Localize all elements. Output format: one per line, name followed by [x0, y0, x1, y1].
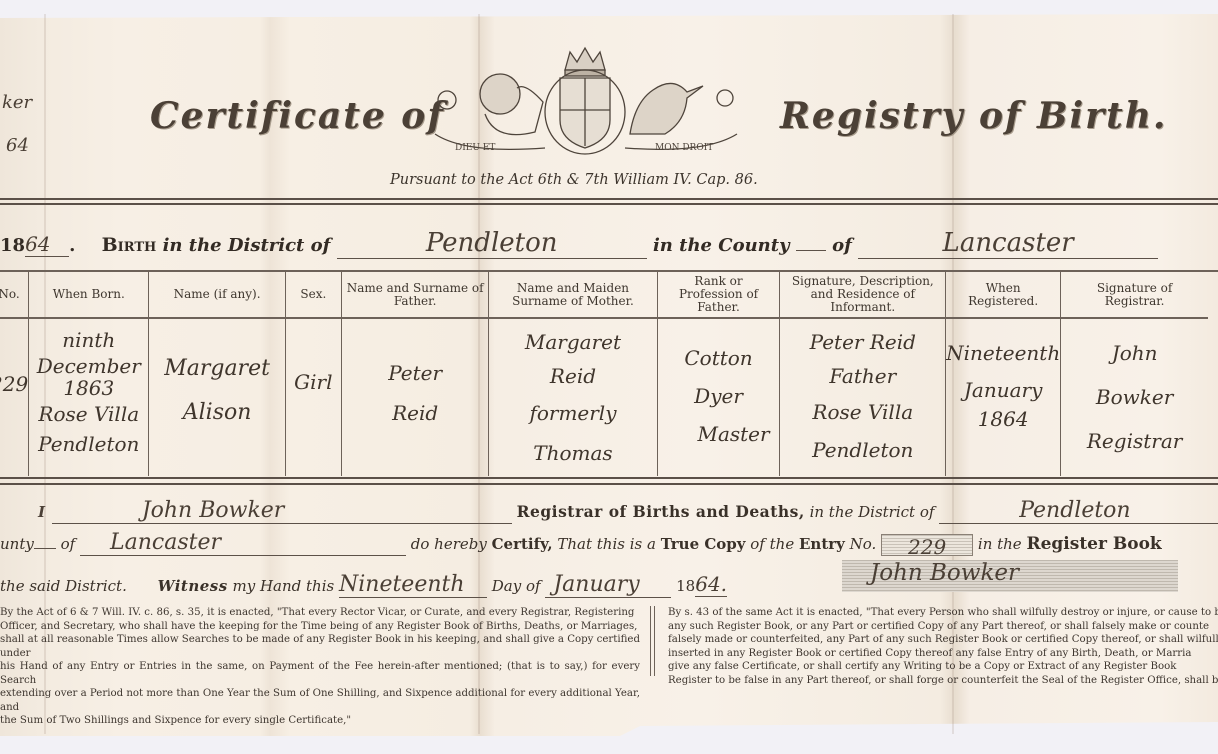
said-district: the said District. [0, 577, 127, 595]
table-header-row: No. When Born. Name (if any). Sex. Name … [0, 272, 1208, 318]
cell-when-born: Rose Villa [29, 399, 148, 429]
legal-text-section-35: By the Act of 6 & 7 Will. IV. c. 86, s. … [0, 606, 640, 728]
cell-profession: Cotton [658, 339, 780, 377]
cell-mother: formerly [489, 393, 656, 433]
year-prefix: 18 [0, 235, 25, 256]
cell-father: Peter [342, 353, 489, 393]
county-of: of [832, 235, 852, 256]
legal-line: By s. 43 of the same Act it is enacted, … [668, 606, 1218, 620]
cell-when-registered: Nineteenth [946, 331, 1060, 375]
cell-informant: Father [780, 359, 945, 393]
cell-when-born: December [29, 355, 148, 377]
cell-profession: Master [658, 415, 780, 453]
col-profession: Rank or Profession of Father. [657, 272, 780, 318]
county-value: Lancaster [80, 530, 406, 556]
cell-informant: Pendleton [780, 431, 945, 469]
cell-informant: Rose Villa [780, 393, 945, 431]
cell-when-born: ninth [29, 325, 148, 355]
month-value: January [545, 572, 671, 598]
certify-text: do hereby [411, 535, 487, 553]
district-value: Pendleton [337, 228, 647, 259]
pursuant-act-line: Pursuant to the Act 6th & 7th William IV… [390, 172, 758, 188]
cell-registrar: Bowker [1061, 375, 1208, 419]
legal-line: inserted in any Register Book or certifi… [668, 647, 1218, 661]
certify-text: That this is a [557, 535, 656, 553]
cell-mother: Margaret [489, 325, 656, 359]
year-prefix: 18 [676, 577, 695, 595]
cell-when-registered: January [946, 375, 1060, 405]
legal-line: falsely made or counterfeited, any Part … [668, 633, 1218, 647]
witness-label: Witness [158, 577, 228, 595]
cell-no: 229 [0, 369, 28, 399]
margin-note: 64 [6, 135, 29, 156]
county-value: Lancaster [858, 228, 1158, 259]
legal-line: shall at all reasonable Times allow Sear… [0, 633, 640, 660]
cell-mother: Thomas [489, 433, 656, 473]
true-copy: True Copy [661, 535, 746, 553]
table-row: 229 ninth December 1863 Rose Villa Pendl… [0, 318, 1208, 476]
cell-registrar: John [1061, 331, 1208, 375]
col-sex: Sex. [285, 272, 341, 318]
col-when-registered: When Registered. [946, 272, 1061, 318]
my-hand: my Hand this [232, 577, 334, 595]
col-name: Name (if any). [149, 272, 285, 318]
year-suffix: 64. [695, 572, 727, 597]
cell-name: Margaret [149, 347, 284, 391]
cell-name: Alison [149, 391, 284, 435]
legal-divider [650, 606, 651, 676]
motto-left: DIEU ET [455, 143, 495, 153]
cell-informant: Peter Reid [780, 325, 945, 359]
year-suffix: 64 [25, 232, 69, 257]
col-no: No. [0, 272, 29, 318]
legal-line: the Sum of Two Shillings and Sixpence fo… [0, 714, 640, 728]
cell-sex: Girl [286, 367, 341, 397]
cell-mother: Reid [489, 359, 656, 393]
day-of: Day of [492, 577, 541, 595]
col-father: Name and Surname of Father. [341, 272, 489, 318]
registration-table: No. When Born. Name (if any). Sex. Name … [0, 272, 1208, 476]
entry-number-box: 229 [881, 534, 973, 556]
motto-right: MON DROIT [655, 143, 713, 153]
col-registrar: Signature of Registrar. [1061, 272, 1208, 318]
legal-line: Register to be false in any Part thereof… [668, 674, 1218, 688]
cell-when-born: 1863 [29, 377, 148, 399]
legal-line: By the Act of 6 & 7 Will. IV. c. 86, s. … [0, 606, 640, 620]
certify-word: Certify, [492, 535, 553, 553]
i-label: I [38, 503, 47, 521]
title-registry-of-birth: Registry of Birth. [780, 95, 1167, 137]
district-value: Pendleton [939, 498, 1218, 524]
cell-father: Reid [342, 393, 489, 433]
cell-profession: Dyer [658, 377, 780, 415]
in-district-label: in the District of [810, 503, 935, 521]
legal-line: any such Register Book, or any Part or c… [668, 620, 1218, 634]
register-book: Register Book [1026, 534, 1161, 554]
title-certificate-of: Certificate of [150, 95, 445, 137]
county-label: in the County [653, 235, 790, 256]
legal-line: Officer, and Secretary, who shall have t… [0, 620, 640, 634]
cell-when-registered: 1864 [946, 405, 1060, 433]
cell-registrar: Registrar [1061, 419, 1208, 463]
legal-line: extending over a Period not more than On… [0, 687, 640, 714]
col-informant: Signature, Description, and Residence of… [780, 272, 946, 318]
double-rule [0, 477, 1218, 485]
county-of: of [61, 535, 76, 553]
double-rule [0, 198, 1218, 205]
legal-line: his Hand of any Entry or Entries in the … [0, 660, 640, 687]
certification-line-3: the said District. Witness my Hand this … [0, 572, 727, 598]
of-the: of the [750, 535, 794, 553]
registrar-name: John Bowker [52, 498, 512, 524]
certification-line-1: I John Bowker Registrar of Births and De… [38, 498, 1218, 524]
district-label: in the District of [163, 235, 331, 256]
in-the: in the [978, 535, 1022, 553]
birth-district-line: 1864. Birth in the District of Pendleton… [0, 228, 1158, 259]
county-prefix: unty [0, 535, 34, 553]
certification-line-2: unty of Lancaster do hereby Certify, Tha… [0, 530, 1162, 556]
legal-divider [654, 606, 655, 676]
royal-coat-of-arms-icon: DIEU ET MON DROIT [425, 42, 745, 157]
cell-when-born: Pendleton [29, 429, 148, 459]
legal-text-section-43: By s. 43 of the same Act it is enacted, … [668, 606, 1218, 687]
margin-note: ker [2, 92, 32, 113]
col-when-born: When Born. [29, 272, 149, 318]
birth-label: Birth [102, 234, 157, 256]
no-label: No. [850, 535, 877, 553]
day-value: Nineteenth [339, 572, 487, 598]
entry-label: Entry [799, 535, 845, 553]
col-mother: Name and Maiden Surname of Mother. [489, 272, 657, 318]
legal-line: give any false Certificate, or shall cer… [668, 660, 1218, 674]
registrar-signature: John Bowker [870, 560, 1019, 586]
registrar-of: Registrar of Births and Deaths, [517, 502, 805, 521]
